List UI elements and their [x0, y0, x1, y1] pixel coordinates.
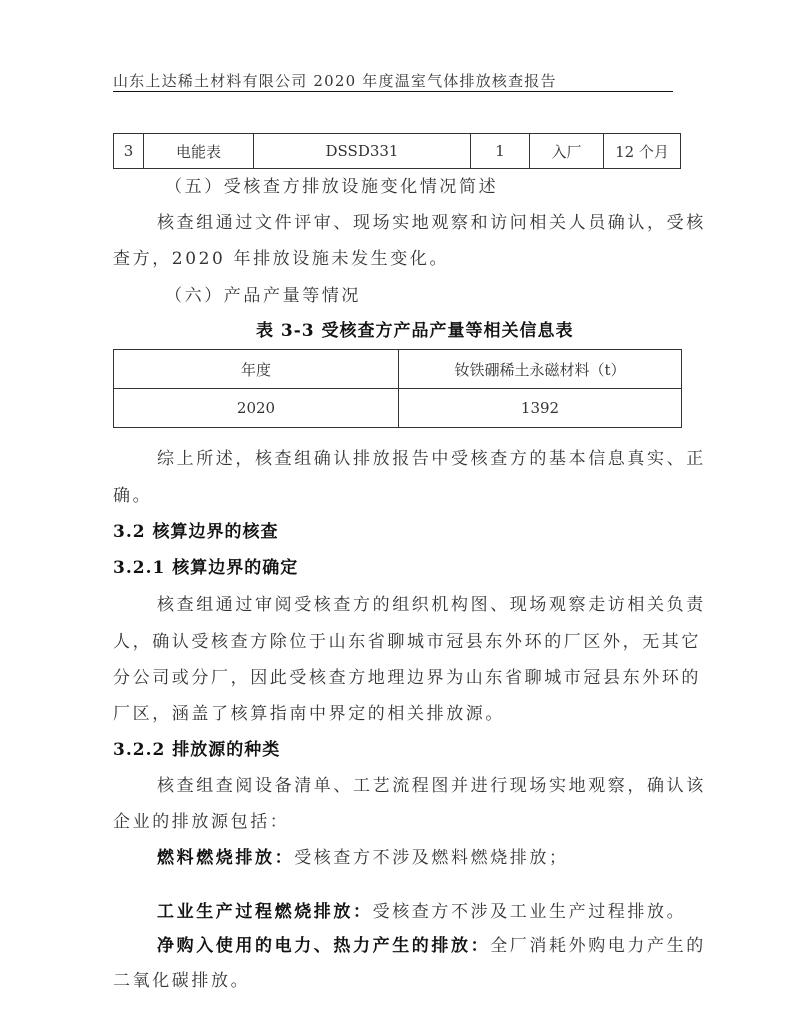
table-caption: 表 3-3 受核查方产品产量等相关信息表 — [256, 316, 574, 341]
summary-line1: 综上所述，核查组确认排放报告中受核查方的基本信息真实、正 — [157, 444, 706, 469]
source-item-label: 净购入使用的电力、热力产生的排放： — [157, 936, 490, 956]
cell-model: DSSD331 — [254, 134, 471, 169]
cell-output: 1392 — [399, 389, 682, 428]
source-item-text: 受核查方不涉及燃料燃烧排放； — [294, 848, 568, 868]
source-item-label: 工业生产过程燃烧排放： — [157, 902, 373, 922]
sources-line1: 核查组查阅设备清单、工艺流程图并进行现场实地观察，确认该 — [157, 771, 706, 796]
header-year: 年度 — [114, 350, 399, 389]
source-item-text: 受核查方不涉及工业生产过程排放。 — [373, 902, 687, 922]
cell-no: 3 — [114, 134, 144, 169]
section-3-2-heading: 3.2 核算边界的核查 — [113, 517, 279, 542]
source-item-label: 燃料燃烧排放： — [157, 848, 294, 868]
source-last-line: 二氧化碳排放。 — [113, 966, 250, 991]
boundary-line3: 分公司或分厂，因此受核查方地理边界为山东省聊城市冠县东外环的 — [113, 663, 701, 688]
boundary-line2: 人，确认受核查方除位于山东省聊城市冠县东外环的厂区外，无其它 — [113, 627, 701, 652]
cell-year: 2020 — [114, 389, 399, 428]
source-item-process: 工业生产过程燃烧排放：受核查方不涉及工业生产过程排放。 — [157, 897, 686, 922]
table-row: 3 电能表 DSSD331 1 入厂 12 个月 — [114, 134, 681, 169]
table-header-row: 年度 钕铁硼稀土永磁材料（t） — [114, 350, 682, 389]
source-item-text: 全厂消耗外购电力产生的 — [490, 936, 706, 956]
cell-name: 电能表 — [144, 134, 254, 169]
section5-heading: （五）受核查方排放设施变化情况简述 — [165, 172, 498, 197]
section-3-2-1-heading: 3.2.1 核算边界的确定 — [113, 553, 298, 578]
header-product: 钕铁硼稀土永磁材料（t） — [399, 350, 682, 389]
product-table: 年度 钕铁硼稀土永磁材料（t） 2020 1392 — [113, 349, 682, 428]
section5-para-line1: 核查组通过文件评审、现场实地观察和访问相关人员确认，受核 — [157, 208, 706, 233]
source-item-fuel: 燃料燃烧排放：受核查方不涉及燃料燃烧排放； — [157, 843, 569, 868]
source-item-electricity: 净购入使用的电力、热力产生的排放：全厂消耗外购电力产生的 — [157, 931, 706, 956]
cell-qty: 1 — [471, 134, 530, 169]
cell-period: 12 个月 — [604, 134, 681, 169]
equipment-table: 3 电能表 DSSD331 1 入厂 12 个月 — [113, 133, 681, 169]
boundary-line4: 厂区，涵盖了核算指南中界定的相关排放源。 — [113, 699, 505, 724]
section5-para-line2: 查方，2020 年排放设施未发生变化。 — [113, 244, 449, 269]
cell-location: 入厂 — [530, 134, 604, 169]
boundary-line1: 核查组通过审阅受核查方的组织机构图、现场观察走访相关负责 — [157, 590, 706, 615]
section-3-2-2-heading: 3.2.2 排放源的种类 — [113, 735, 280, 760]
header-divider — [113, 91, 673, 92]
summary-line2: 确。 — [113, 481, 152, 506]
sources-line2: 企业的排放源包括： — [113, 807, 289, 832]
table-row: 2020 1392 — [114, 389, 682, 428]
page-header-title: 山东上达稀土材料有限公司 2020 年度温室气体排放核查报告 — [113, 70, 557, 91]
section6-heading: （六）产品产量等情况 — [165, 281, 361, 306]
